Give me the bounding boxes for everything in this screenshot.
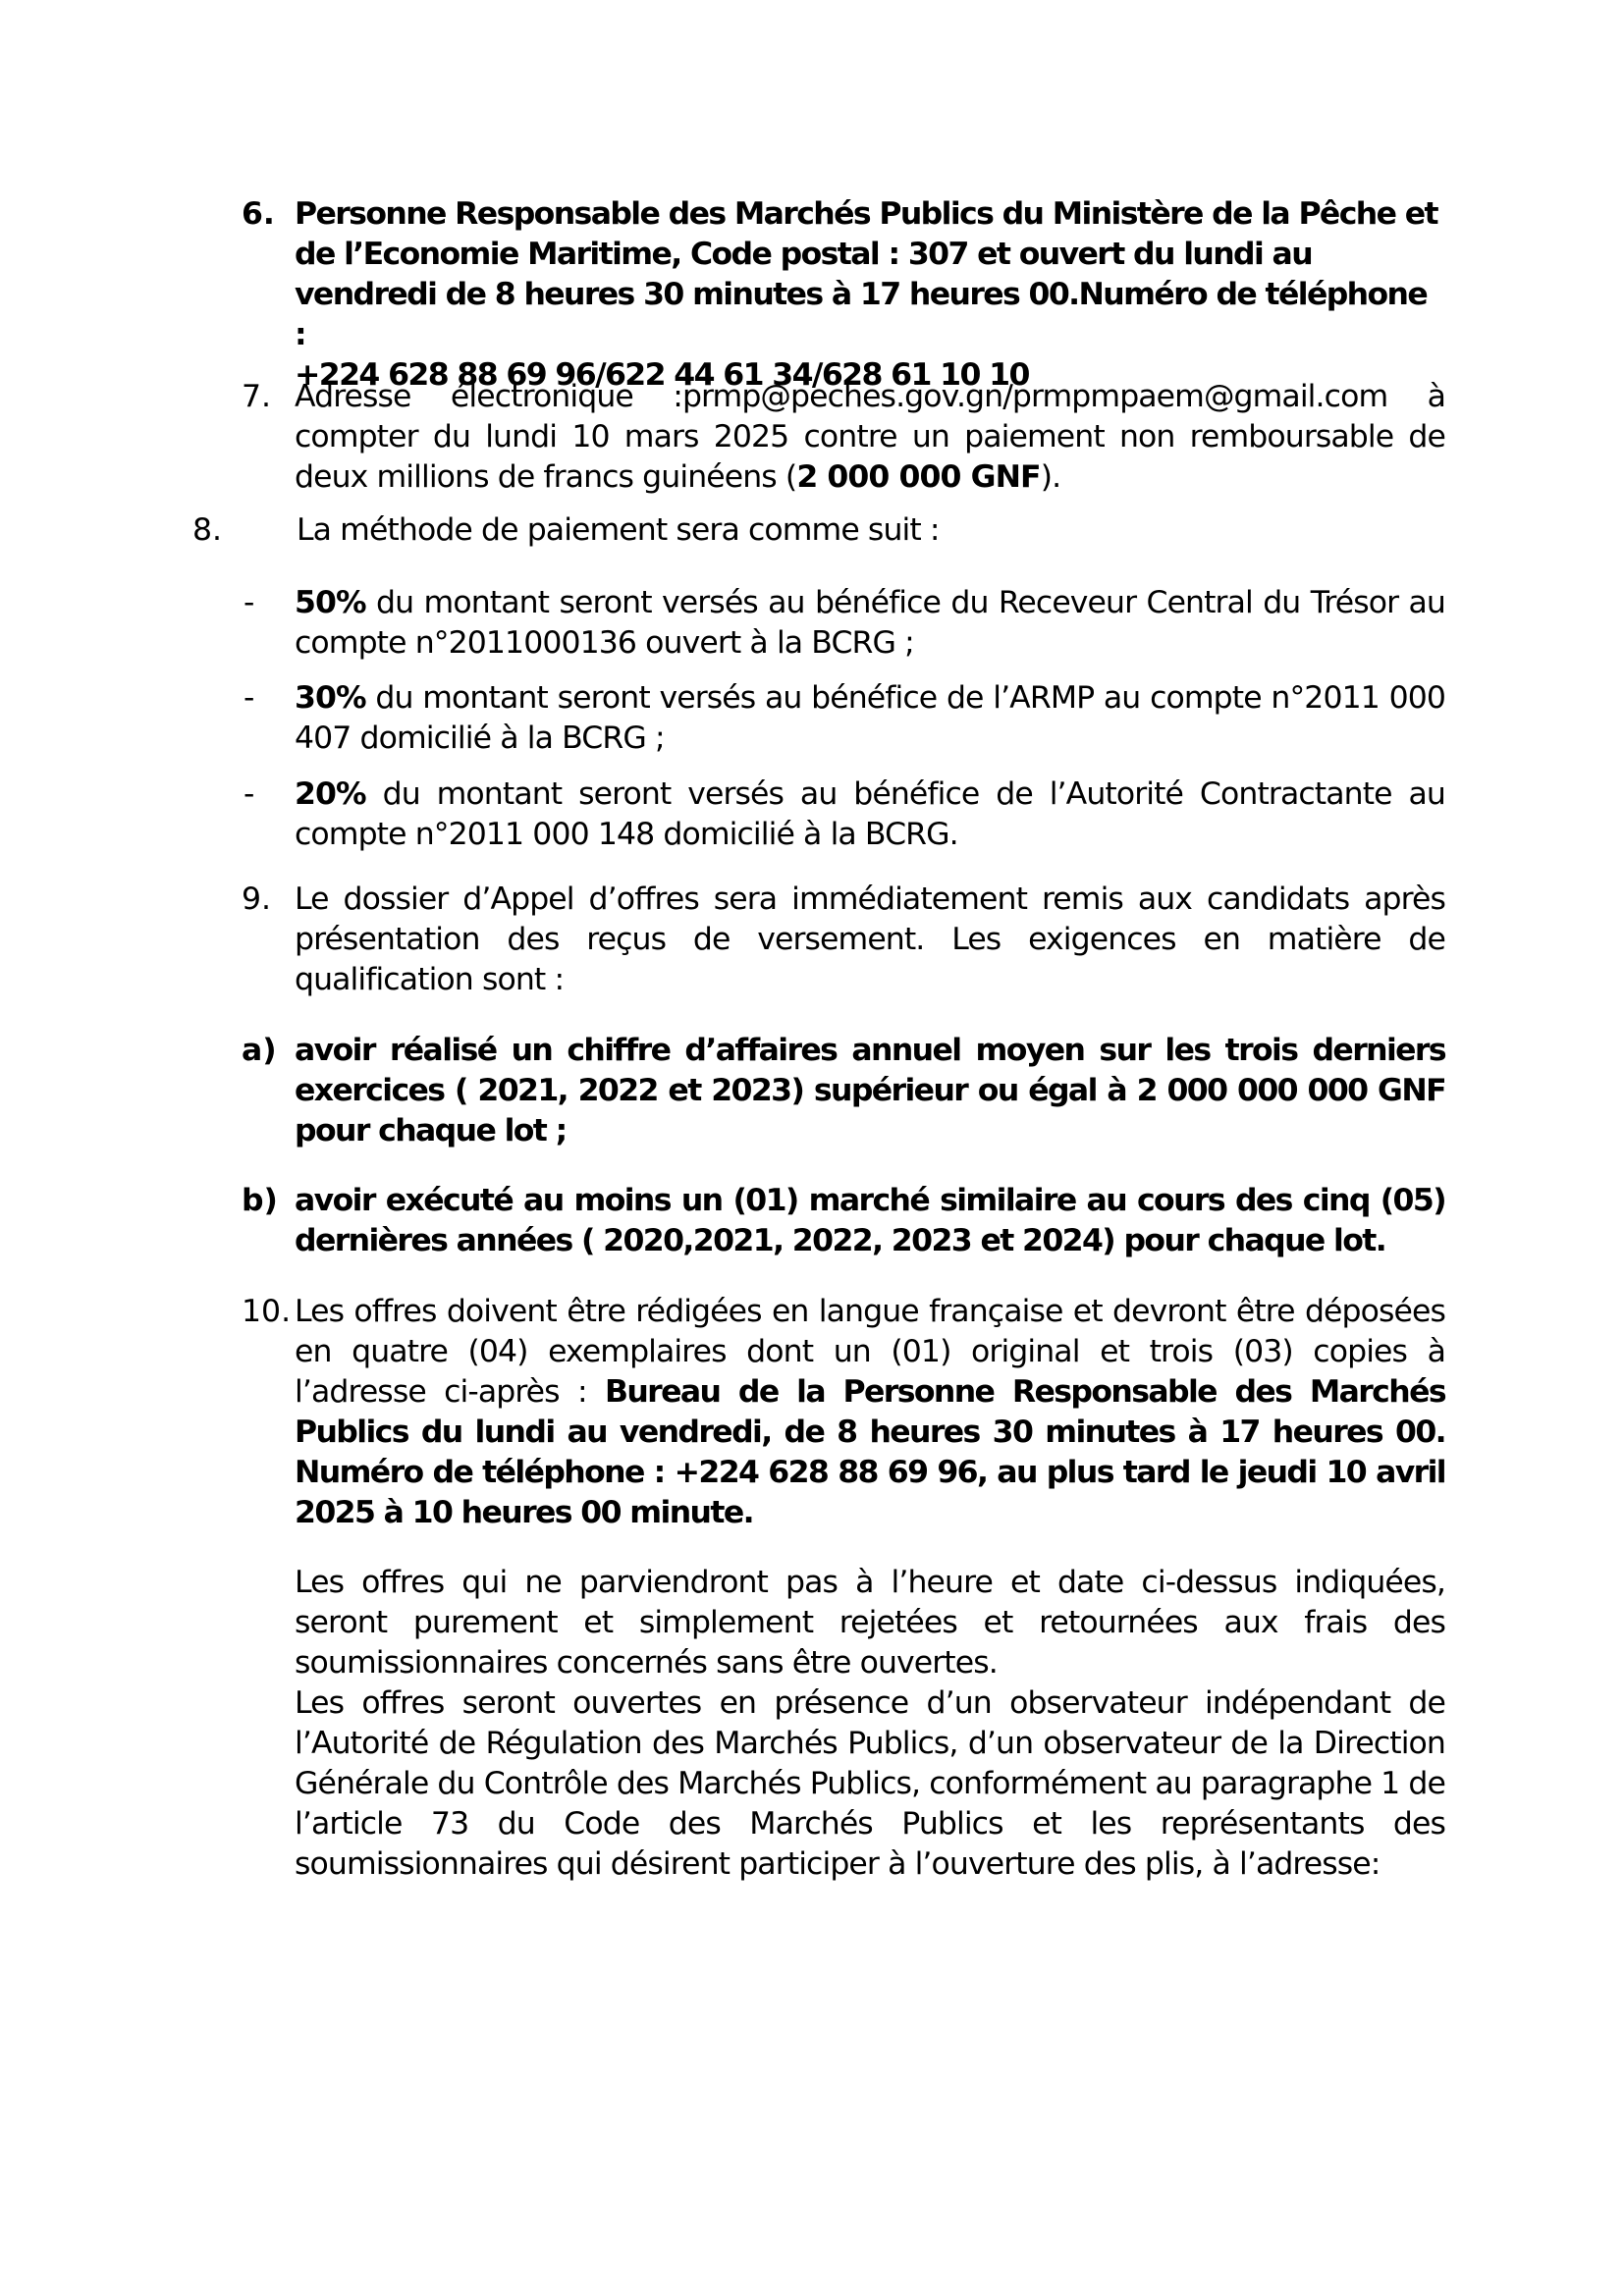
item-6-text: Personne Responsable des Marchés Publics… <box>295 194 1445 396</box>
item-8-text: La méthode de paiement sera comme suit : <box>297 510 1447 551</box>
bullet-item-30: 30% du montant seront versés au bénéfice… <box>295 678 1445 759</box>
item-9-number: 9. <box>242 880 271 920</box>
item-7-end: ). <box>1041 459 1061 495</box>
requirement-label-b: b) <box>242 1181 278 1221</box>
bullet-marker: - <box>244 774 254 815</box>
document-page: 6. Personne Responsable des Marchés Publ… <box>0 0 1624 2296</box>
item-7-text: Adresse électronique :prmp@peches.gov.gn… <box>295 377 1445 498</box>
bullet-text: du montant seront versés au bénéfice du … <box>295 585 1445 661</box>
paragraph-opening: Les offres seront ouvertes en présence d… <box>295 1683 1445 1885</box>
bullet-item-50: 50% du montant seront versés au bénéfice… <box>295 583 1445 664</box>
bullet-text: du montant seront versés au bénéfice de … <box>295 776 1445 852</box>
item-7-amount: 2 000 000 GNF <box>796 459 1040 495</box>
item-10-number: 10. <box>242 1292 291 1332</box>
requirement-b: avoir exécuté au moins un (01) marché si… <box>295 1181 1445 1261</box>
requirement-label-a: a) <box>242 1031 277 1071</box>
requirement-a: avoir réalisé un chiffre d’affaires annu… <box>295 1031 1445 1151</box>
bullet-marker: - <box>244 678 254 719</box>
item-8-number: 8. <box>192 510 222 551</box>
bullet-text: du montant seront versés au bénéfice de … <box>295 680 1445 756</box>
item-7-number: 7. <box>242 377 271 417</box>
item-6-body: Personne Responsable des Marchés Publics… <box>295 196 1437 352</box>
bullet-percent: 30% <box>295 680 366 716</box>
item-10-text: Les offres doivent être rédigées en lang… <box>295 1292 1445 1533</box>
bullet-percent: 20% <box>295 776 366 812</box>
item-6-number: 6. <box>242 194 275 235</box>
bullet-percent: 50% <box>295 585 366 620</box>
bullet-marker: - <box>244 583 254 623</box>
paragraph-late-offers: Les offres qui ne parviendront pas à l’h… <box>295 1563 1445 1683</box>
item-9-text: Le dossier d’Appel d’offres sera immédia… <box>295 880 1445 1000</box>
bullet-item-20: 20% du montant seront versés au bénéfice… <box>295 774 1445 855</box>
